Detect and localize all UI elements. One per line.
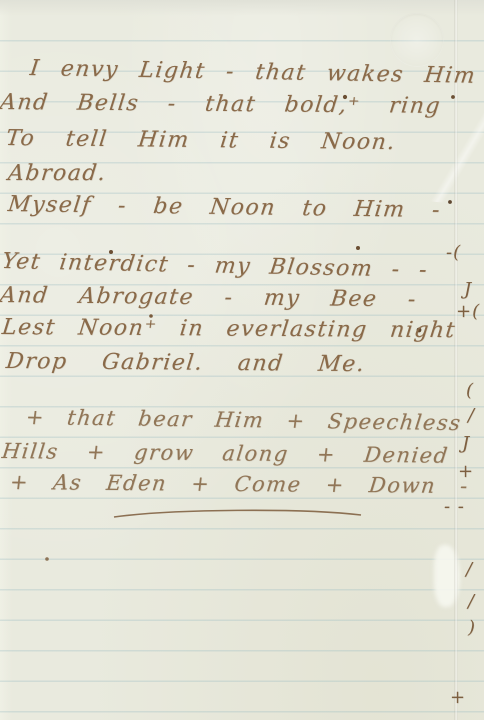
margin-fragment: / [468, 592, 475, 612]
embossed-seal [390, 13, 444, 67]
variant-note-line-2: Hills + grow along + Denied [0, 438, 450, 469]
margin-fragment: J [464, 280, 472, 300]
poem-line-2: And Bells - that bold,⁺ ring [0, 90, 442, 120]
flourish-divider [112, 506, 364, 522]
poem-line-6: Yet interdict - my Blossom - - [0, 249, 429, 284]
variant-note-line-1: + that bear Him + Speechless [24, 404, 463, 436]
margin-fragment: - - [444, 497, 465, 517]
poem-line-3: To tell Him it is Noon. [4, 126, 397, 156]
poem-line-9: Drop Gabriel. and Me. [5, 349, 367, 378]
margin-fragment: ( [466, 381, 474, 401]
poem-line-8: Lest Noon⁺ in everlasting night [1, 315, 458, 344]
margin-fragment: -( [446, 243, 461, 263]
poem-line-7: And Abrogate - my Bee - [0, 283, 418, 313]
poem-line-4: Abroad. [7, 161, 108, 187]
margin-fragment: / [468, 406, 475, 426]
page-right-edge [454, 0, 458, 720]
margin-fragment: +( [456, 302, 480, 322]
ink-specks [0, 0, 2, 2]
variant-note-line-3: + As Eden + Come + Down - [9, 469, 471, 499]
margin-fragment: J [462, 434, 470, 454]
margin-fragment: ) [468, 618, 476, 638]
margin-fragment: + [450, 688, 466, 708]
margin-fragment: / [466, 560, 473, 580]
manuscript-page: I envy Light - that wakes Him And Bells … [0, 0, 484, 720]
poem-line-5: Myself - be Noon to Him - [6, 192, 442, 224]
margin-fragment: + [458, 462, 474, 482]
